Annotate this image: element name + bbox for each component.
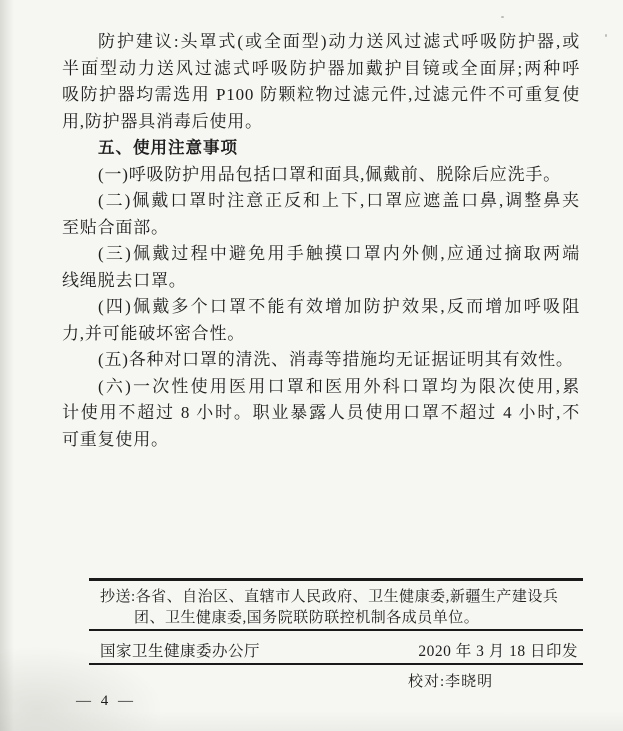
list-item-2: (二)佩戴口罩时注意正反和上下,口罩应遮盖口鼻,调整鼻夹 至贴合面部。 xyxy=(62,188,580,241)
scan-speck xyxy=(605,34,607,37)
text-line: 计使用不超过 8 小时。职业暴露人员使用口罩不超过 4 小时,不 xyxy=(62,400,580,427)
cc-line: 团、卫生健康委,国务院联防联控机制各成员单位。 xyxy=(100,608,583,629)
text-line: (四)佩戴多个口罩不能有效增加防护效果,反而增加呼吸阻 xyxy=(62,294,580,321)
proofreader-note: 校对:李晓明 xyxy=(408,670,493,691)
scan-speck xyxy=(96,57,98,59)
text-line: 力,并可能破坏密合性。 xyxy=(62,321,580,348)
document-body: 防护建议:头罩式(或全面型)动力送风过滤式呼吸防护器,或 半面型动力送风过滤式呼… xyxy=(62,29,580,453)
list-item-6: (六)一次性使用医用口罩和医用外科口罩均为限次使用,累 计使用不超过 8 小时。… xyxy=(62,374,580,454)
paragraph-protective-advice: 防护建议:头罩式(或全面型)动力送风过滤式呼吸防护器,或 半面型动力送风过滤式呼… xyxy=(62,29,580,135)
text-line: 至贴合面部。 xyxy=(62,215,580,242)
list-item-3: (三)佩戴过程中避免用手触摸口罩内外侧,应通过摘取两端 线绳脱去口罩。 xyxy=(62,241,580,294)
text-line: 吸防护器均需选用 P100 防颗粒物过滤元件,过滤元件不可重复使 xyxy=(62,82,580,109)
page-number: — 4 — xyxy=(76,693,136,710)
text-line: (三)佩戴过程中避免用手触摸口罩内外侧,应通过摘取两端 xyxy=(62,241,580,268)
text-line: 用,防护器具消毒后使用。 xyxy=(62,109,580,136)
footer-middle-divider xyxy=(89,629,583,631)
list-item-5: (五)各种对口罩的清洗、消毒等措施均无证据证明其有效性。 xyxy=(62,347,580,374)
cc-distribution-block: 抄送:各省、自治区、直辖市人民政府、卫生健康委,新疆生产建设兵 团、卫生健康委,… xyxy=(100,587,583,629)
text-line: (六)一次性使用医用口罩和医用外科口罩均为限次使用,累 xyxy=(62,374,580,401)
text-line: 半面型动力送风过滤式呼吸防护器加戴护目镜或全面屏;两种呼 xyxy=(62,56,580,83)
list-item-1: (一)呼吸防护用品包括口罩和面具,佩戴前、脱除后应洗手。 xyxy=(62,162,580,189)
footer-top-divider xyxy=(89,578,583,581)
footer-bottom-divider xyxy=(89,663,583,665)
scanned-document-page: 防护建议:头罩式(或全面型)动力送风过滤式呼吸防护器,或 半面型动力送风过滤式呼… xyxy=(0,0,623,731)
cc-line: 抄送:各省、自治区、直辖市人民政府、卫生健康委,新疆生产建设兵 xyxy=(100,587,583,608)
issuing-office: 国家卫生健康委办公厅 xyxy=(100,639,260,661)
scan-speck xyxy=(501,16,504,18)
text-line: (一)呼吸防护用品包括口罩和面具,佩戴前、脱除后应洗手。 xyxy=(62,162,580,189)
text-line: 线绳脱去口罩。 xyxy=(62,268,580,295)
text-line: (二)佩戴口罩时注意正反和上下,口罩应遮盖口鼻,调整鼻夹 xyxy=(62,188,580,215)
section-heading: 五、使用注意事项 xyxy=(62,135,580,162)
print-date: 2020 年 3 月 18 日印发 xyxy=(418,639,578,661)
text-line: (五)各种对口罩的清洗、消毒等措施均无证据证明其有效性。 xyxy=(62,347,580,374)
text-line: 可重复使用。 xyxy=(62,427,580,454)
text-line: 防护建议:头罩式(或全面型)动力送风过滤式呼吸防护器,或 xyxy=(62,29,580,56)
list-item-4: (四)佩戴多个口罩不能有效增加防护效果,反而增加呼吸阻 力,并可能破坏密合性。 xyxy=(62,294,580,347)
scan-speck xyxy=(536,248,539,250)
issuer-row: 国家卫生健康委办公厅 2020 年 3 月 18 日印发 xyxy=(100,639,578,661)
